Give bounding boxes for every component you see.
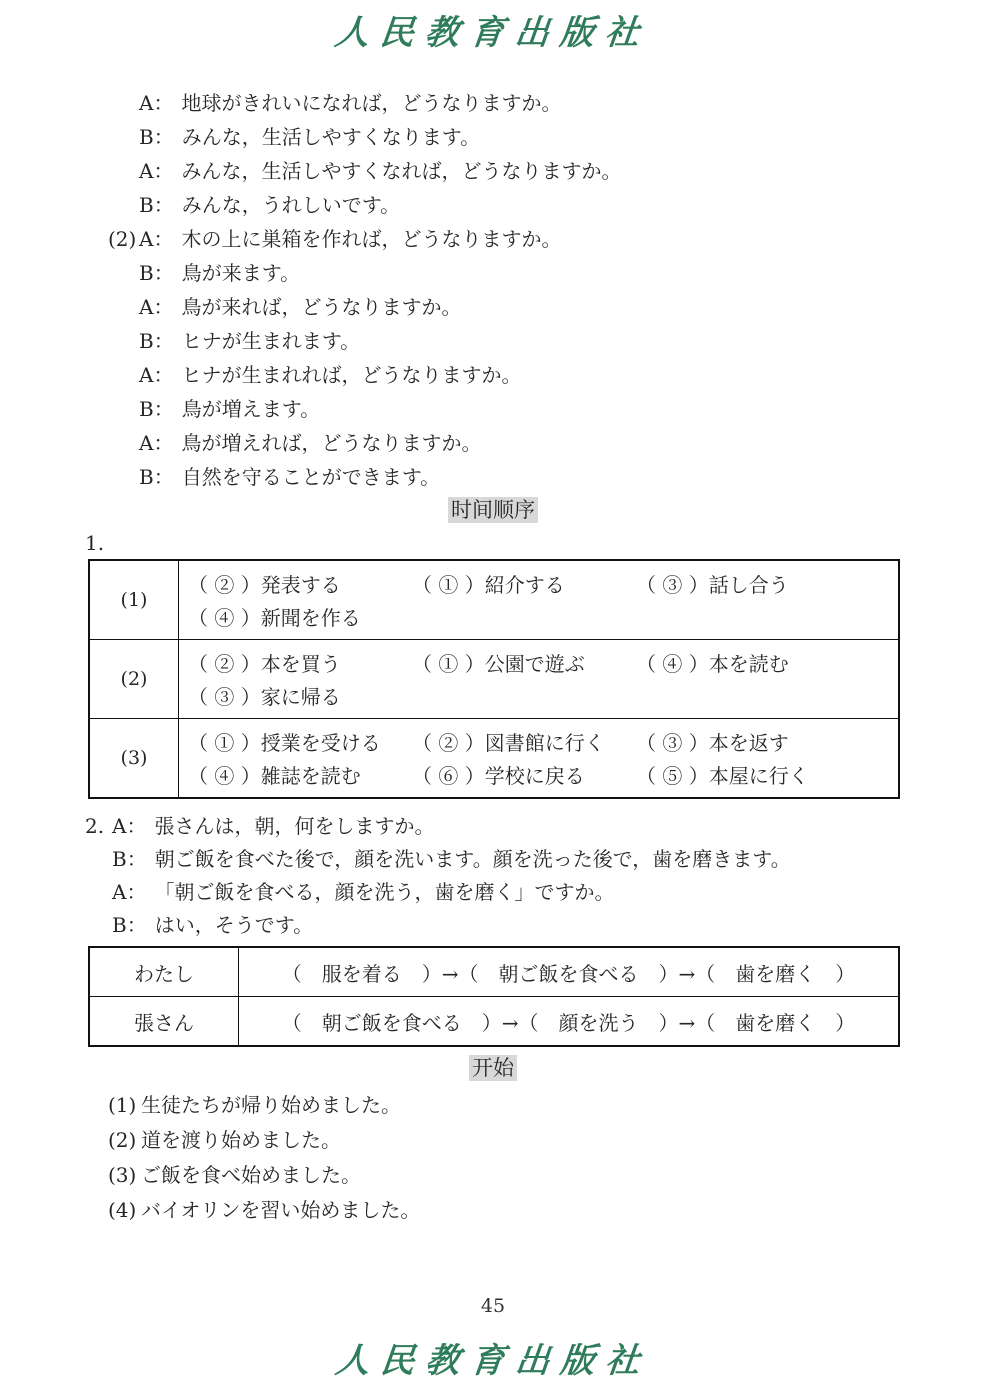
line-text: はい，そうです。: [155, 909, 313, 942]
ordering-item: （ ② ）本を買う: [188, 648, 412, 677]
item-text: 道を渡り始めました。: [141, 1123, 341, 1158]
item-prefix: [108, 188, 139, 222]
dialogue-line: A：みんな，生活しやすくなれば，どうなりますか。: [108, 154, 986, 188]
row-label: わたし: [90, 948, 239, 996]
sequence-cell: （ 朝ご飯を食べる ）→（ 顔を洗う ）→（ 歯を磨く ）: [239, 997, 898, 1045]
line-text: 鳥が来ます。: [182, 256, 300, 290]
speaker-label: A：: [139, 426, 173, 460]
dialogue-line: B：鳥が増えます。: [108, 392, 986, 426]
dialogue-line: B：朝ご飯を食べた後で，顔を洗います。顔を洗った後で，歯を磨きます。: [85, 843, 986, 876]
kaishi-list: (1)生徒たちが帰り始めました。 (2)道を渡り始めました。 (3)ご飯を食べ始…: [108, 1088, 986, 1228]
ordering-item: （ ② ）発表する: [188, 569, 412, 598]
row-content: （ ② ）発表する （ ① ）紹介する （ ③ ）話し合う （ ④ ）新聞を作る: [179, 561, 898, 639]
dialogue-continued: A：地球がきれいになれば，どうなりますか。 B：みんな，生活しやすくなります。 …: [108, 86, 986, 494]
speaker-label: B：: [139, 188, 174, 222]
section-heading-kaishi-label: 开始: [469, 1055, 517, 1081]
speaker-label: B：: [139, 392, 174, 426]
speaker-label: B：: [139, 460, 174, 494]
item-number: (4): [108, 1193, 141, 1228]
ordering-item: （ ⑤ ）本屋に行く: [636, 760, 898, 789]
item-prefix: [108, 86, 139, 120]
list-item: (4)バイオリンを習い始めました。: [108, 1193, 986, 1228]
line-text: 地球がきれいになれば，どうなりますか。: [181, 86, 561, 120]
row-line: （ ④ ）新聞を作る: [188, 600, 898, 633]
dialogue-line: B：みんな，生活しやすくなります。: [108, 120, 986, 154]
dialogue-line: A：ヒナが生まれれば，どうなりますか。: [108, 358, 986, 392]
item-text: 生徒たちが帰り始めました。: [141, 1088, 401, 1123]
page-number: 45: [0, 1294, 986, 1318]
item-number: (2): [108, 1123, 141, 1158]
row-content: （ ① ）授業を受ける （ ② ）図書館に行く （ ③ ）本を返す （ ④ ）雑…: [179, 719, 898, 797]
sequence-table: わたし （ 服を着る ）→（ 朝ご飯を食べる ）→（ 歯を磨く ） 張さん （ …: [88, 946, 900, 1047]
item-prefix: [85, 909, 112, 942]
line-text: みんな，生活しやすくなります。: [182, 120, 480, 154]
speaker-label: A：: [139, 86, 173, 120]
table-row: (1) （ ② ）発表する （ ① ）紹介する （ ③ ）話し合う （ ④ ）新…: [90, 561, 898, 639]
section-heading-timeline: 时间顺序: [0, 496, 986, 526]
dialogue-line: B：はい，そうです。: [85, 909, 986, 942]
table-row: わたし （ 服を着る ）→（ 朝ご飯を食べる ）→（ 歯を磨く ）: [90, 948, 898, 996]
ordering-item: （ ⑥ ）学校に戻る: [412, 760, 636, 789]
row-label: (3): [90, 719, 179, 797]
ordering-item: （ ③ ）話し合う: [636, 569, 898, 598]
line-text: ヒナが生まれれば，どうなりますか。: [181, 358, 521, 392]
row-line: （ ① ）授業を受ける （ ② ）図書館に行く （ ③ ）本を返す: [188, 725, 898, 758]
row-line: （ ② ）発表する （ ① ）紹介する （ ③ ）話し合う: [188, 567, 898, 600]
line-text: 木の上に巣箱を作れば，どうなりますか。: [181, 222, 561, 256]
speaker-label: B：: [112, 909, 147, 942]
line-text: みんな，うれしいです。: [182, 188, 400, 222]
ordering-item: （ ④ ）新聞を作る: [188, 602, 412, 631]
row-line: （ ④ ）雑誌を読む （ ⑥ ）学校に戻る （ ⑤ ）本屋に行く: [188, 758, 898, 791]
line-text: ヒナが生まれます。: [182, 324, 360, 358]
exercise2-number: 2.: [85, 810, 112, 843]
line-text: 鳥が来れば，どうなりますか。: [181, 290, 461, 324]
item-prefix: [108, 392, 139, 426]
sequence-cell: （ 服を着る ）→（ 朝ご飯を食べる ）→（ 歯を磨く ）: [239, 948, 898, 996]
table-row: 張さん （ 朝ご飯を食べる ）→（ 顔を洗う ）→（ 歯を磨く ）: [90, 996, 898, 1045]
ordering-item: （ ④ ）本を読む: [636, 648, 898, 677]
speaker-label: B：: [112, 843, 147, 876]
ordering-item: （ ① ）授業を受ける: [188, 727, 412, 756]
ordering-item: （ ② ）図書館に行く: [412, 727, 636, 756]
item-prefix: [108, 460, 139, 494]
speaker-label: B：: [139, 120, 174, 154]
row-label: 張さん: [90, 997, 239, 1045]
publisher-logo-header: 人民教育出版社: [0, 0, 986, 56]
item-prefix: [108, 120, 139, 154]
row-content: （ ② ）本を買う （ ① ）公園で遊ぶ （ ④ ）本を読む （ ③ ）家に帰る: [179, 640, 898, 718]
textbook-page: 人民教育出版社 A：地球がきれいになれば，どうなりますか。 B：みんな，生活しや…: [0, 0, 986, 1388]
dialogue-line: A：「朝ご飯を食べる，顔を洗う，歯を磨く」ですか。: [85, 876, 986, 909]
ordering-item: （ ③ ）家に帰る: [188, 681, 412, 710]
line-text: 張さんは，朝，何をしますか。: [154, 810, 434, 843]
item-prefix: [108, 426, 139, 460]
ordering-item: （ ① ）紹介する: [412, 569, 636, 598]
speaker-label: A：: [139, 290, 173, 324]
item-prefix: [108, 154, 139, 188]
list-item: (2)道を渡り始めました。: [108, 1123, 986, 1158]
line-text: 鳥が増えれば，どうなりますか。: [181, 426, 481, 460]
line-text: 「朝ご飯を食べる，顔を洗う，歯を磨く」ですか。: [154, 876, 614, 909]
speaker-label: A：: [112, 810, 146, 843]
speaker-label: B：: [139, 256, 174, 290]
line-text: 朝ご飯を食べた後で，顔を洗います。顔を洗った後で，歯を磨きます。: [155, 843, 791, 876]
speaker-label: A：: [139, 154, 173, 188]
dialogue-line: (2)A：木の上に巣箱を作れば，どうなりますか。: [108, 222, 986, 256]
exercise1-number: 1.: [85, 530, 986, 556]
line-text: 自然を守ることができます。: [182, 460, 440, 494]
speaker-label: A：: [139, 222, 173, 256]
ordering-item: （ ③ ）本を返す: [636, 727, 898, 756]
dialogue-line: B：みんな，うれしいです。: [108, 188, 986, 222]
dialogue-line: A：地球がきれいになれば，どうなりますか。: [108, 86, 986, 120]
line-text: みんな，生活しやすくなれば，どうなりますか。: [181, 154, 621, 188]
dialogue-line: A：鳥が増えれば，どうなりますか。: [108, 426, 986, 460]
speaker-label: A：: [139, 358, 173, 392]
item-prefix: [108, 256, 139, 290]
ordering-item: （ ④ ）雑誌を読む: [188, 760, 412, 789]
ordering-item: （ ① ）公園で遊ぶ: [412, 648, 636, 677]
item-prefix: [108, 290, 139, 324]
dialogue-line: A：鳥が来れば，どうなりますか。: [108, 290, 986, 324]
ordering-table: (1) （ ② ）発表する （ ① ）紹介する （ ③ ）話し合う （ ④ ）新…: [88, 559, 900, 799]
item-prefix: (2): [108, 222, 139, 256]
item-prefix: [108, 324, 139, 358]
publisher-logo-footer: 人民教育出版社: [0, 1336, 986, 1386]
dialogue-line: 2.A：張さんは，朝，何をしますか。: [85, 810, 986, 843]
speaker-label: A：: [112, 876, 146, 909]
item-number: (1): [108, 1088, 141, 1123]
publisher-logo-text: 人民教育出版社: [333, 1341, 652, 1381]
item-prefix: [108, 358, 139, 392]
list-item: (3)ご飯を食べ始めました。: [108, 1158, 986, 1193]
dialogue-line: B：ヒナが生まれます。: [108, 324, 986, 358]
row-label: (1): [90, 561, 179, 639]
item-prefix: [85, 843, 112, 876]
row-line: （ ② ）本を買う （ ① ）公園で遊ぶ （ ④ ）本を読む: [188, 646, 898, 679]
line-text: 鳥が増えます。: [182, 392, 320, 426]
list-item: (1)生徒たちが帰り始めました。: [108, 1088, 986, 1123]
item-prefix: [85, 876, 112, 909]
speaker-label: B：: [139, 324, 174, 358]
item-text: バイオリンを習い始めました。: [141, 1193, 420, 1228]
section-heading-timeline-label: 时间顺序: [448, 497, 538, 523]
table-row: (3) （ ① ）授業を受ける （ ② ）図書館に行く （ ③ ）本を返す （ …: [90, 718, 898, 797]
row-line: （ ③ ）家に帰る: [188, 679, 898, 712]
item-number: (3): [108, 1158, 141, 1193]
table-row: (2) （ ② ）本を買う （ ① ）公園で遊ぶ （ ④ ）本を読む （ ③ ）…: [90, 639, 898, 718]
dialogue-line: B：鳥が来ます。: [108, 256, 986, 290]
exercise2-dialogue: 2.A：張さんは，朝，何をしますか。 B：朝ご飯を食べた後で，顔を洗います。顔を…: [85, 810, 986, 942]
dialogue-line: B：自然を守ることができます。: [108, 460, 986, 494]
item-text: ご飯を食べ始めました。: [141, 1158, 361, 1193]
publisher-logo-text: 人民教育出版社: [333, 13, 652, 53]
row-label: (2): [90, 640, 179, 718]
section-heading-kaishi: 开始: [0, 1055, 986, 1083]
